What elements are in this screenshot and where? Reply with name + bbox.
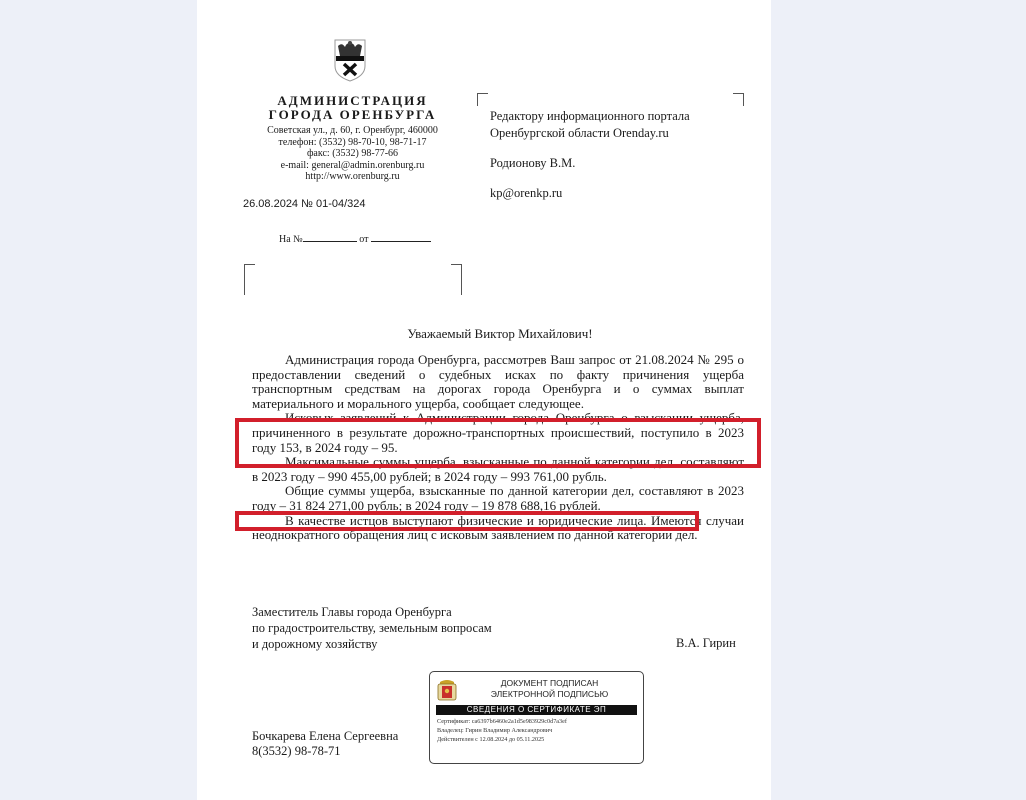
paragraph-total-amounts: Общие суммы ущерба, взысканные по данной… — [252, 484, 744, 513]
addressee-block: Редактору информационного портала Оренбу… — [490, 108, 690, 202]
org-address: Советская ул., д. 60, г. Оренбург, 46000… — [240, 125, 465, 137]
ref-number-label: На № — [279, 234, 303, 245]
signer-name: В.А. Гирин — [676, 636, 736, 651]
organization-contacts: Советская ул., д. 60, г. Оренбург, 46000… — [240, 125, 465, 183]
e-signature-stamp: ДОКУМЕНТ ПОДПИСАН ЭЛЕКТРОННОЙ ПОДПИСЬЮ С… — [429, 671, 644, 764]
certificate-validity: Действителен с 12.08.2024 до 05.11.2025 — [437, 735, 567, 744]
addressee-line1: Редактору информационного портала — [490, 108, 690, 125]
executor-block: Бочкарева Елена Сергеевна 8(3532) 98-78-… — [252, 729, 398, 759]
executor-phone: 8(3532) 98-78-71 — [252, 744, 398, 759]
greeting: Уважаемый Виктор Михайлович! — [240, 326, 760, 342]
left-bracket-corner — [244, 264, 255, 295]
stamp-title-line2: ЭЛЕКТРОННОЙ ПОДПИСЬЮ — [460, 689, 639, 700]
addressee-left-corner — [477, 93, 488, 106]
signer-position: Заместитель Главы города Оренбурга по гр… — [252, 604, 492, 652]
addressee-right-corner — [733, 93, 744, 106]
organization-name: АДМИНИСТРАЦИЯ ГОРОДА ОРЕНБУРГА — [240, 94, 465, 122]
reference-line: На № от — [279, 231, 431, 245]
signer-position-line1: Заместитель Главы города Оренбурга — [252, 604, 492, 620]
org-name-line1: АДМИНИСТРАЦИЯ — [240, 94, 465, 108]
coat-of-arms-icon — [333, 38, 367, 82]
highlight-box-totals — [235, 511, 699, 531]
executor-name: Бочкарева Елена Сергеевна — [252, 729, 398, 744]
certificate-details: Сертификат: ca6397b6460e2a1d5e983929c0d7… — [437, 717, 567, 744]
org-email: e-mail: general@admin.orenburg.ru — [240, 160, 465, 172]
org-fax: факс: (3532) 98-77-66 — [240, 148, 465, 160]
org-phone: телефон: (3532) 98-70-10, 98-71-17 — [240, 137, 465, 149]
addressee-line2: Оренбургской области Orenday.ru — [490, 125, 690, 142]
right-bracket-corner — [451, 264, 462, 295]
certificate-info-bar: СВЕДЕНИЯ О СЕРТИФИКАТЕ ЭП — [436, 705, 637, 715]
signer-position-line2: по градостроительству, земельным вопроса… — [252, 620, 492, 636]
ref-from-label: от — [359, 234, 368, 245]
ref-date-blank — [371, 231, 431, 242]
document-number: 26.08.2024 № 01-04/324 — [243, 198, 366, 210]
addressee-name: Родионову В.М. — [490, 155, 690, 172]
region-emblem-icon — [437, 678, 457, 702]
ref-number-blank — [303, 231, 357, 242]
addressee-email: kp@orenkp.ru — [490, 185, 690, 202]
stamp-title-line1: ДОКУМЕНТ ПОДПИСАН — [460, 678, 639, 689]
certificate-id: Сертификат: ca6397b6460e2a1d5e983929c0d7… — [437, 717, 567, 726]
highlight-box-claims — [235, 418, 761, 468]
certificate-owner: Владелец: Гирин Владимир Александрович — [437, 726, 567, 735]
org-name-line2: ГОРОДА ОРЕНБУРГА — [240, 108, 465, 122]
stamp-title: ДОКУМЕНТ ПОДПИСАН ЭЛЕКТРОННОЙ ПОДПИСЬЮ — [460, 678, 639, 700]
org-website: http://www.orenburg.ru — [240, 171, 465, 183]
paragraph-request: Администрация города Оренбурга, рассмотр… — [252, 353, 744, 411]
signer-position-line3: и дорожному хозяйству — [252, 636, 492, 652]
